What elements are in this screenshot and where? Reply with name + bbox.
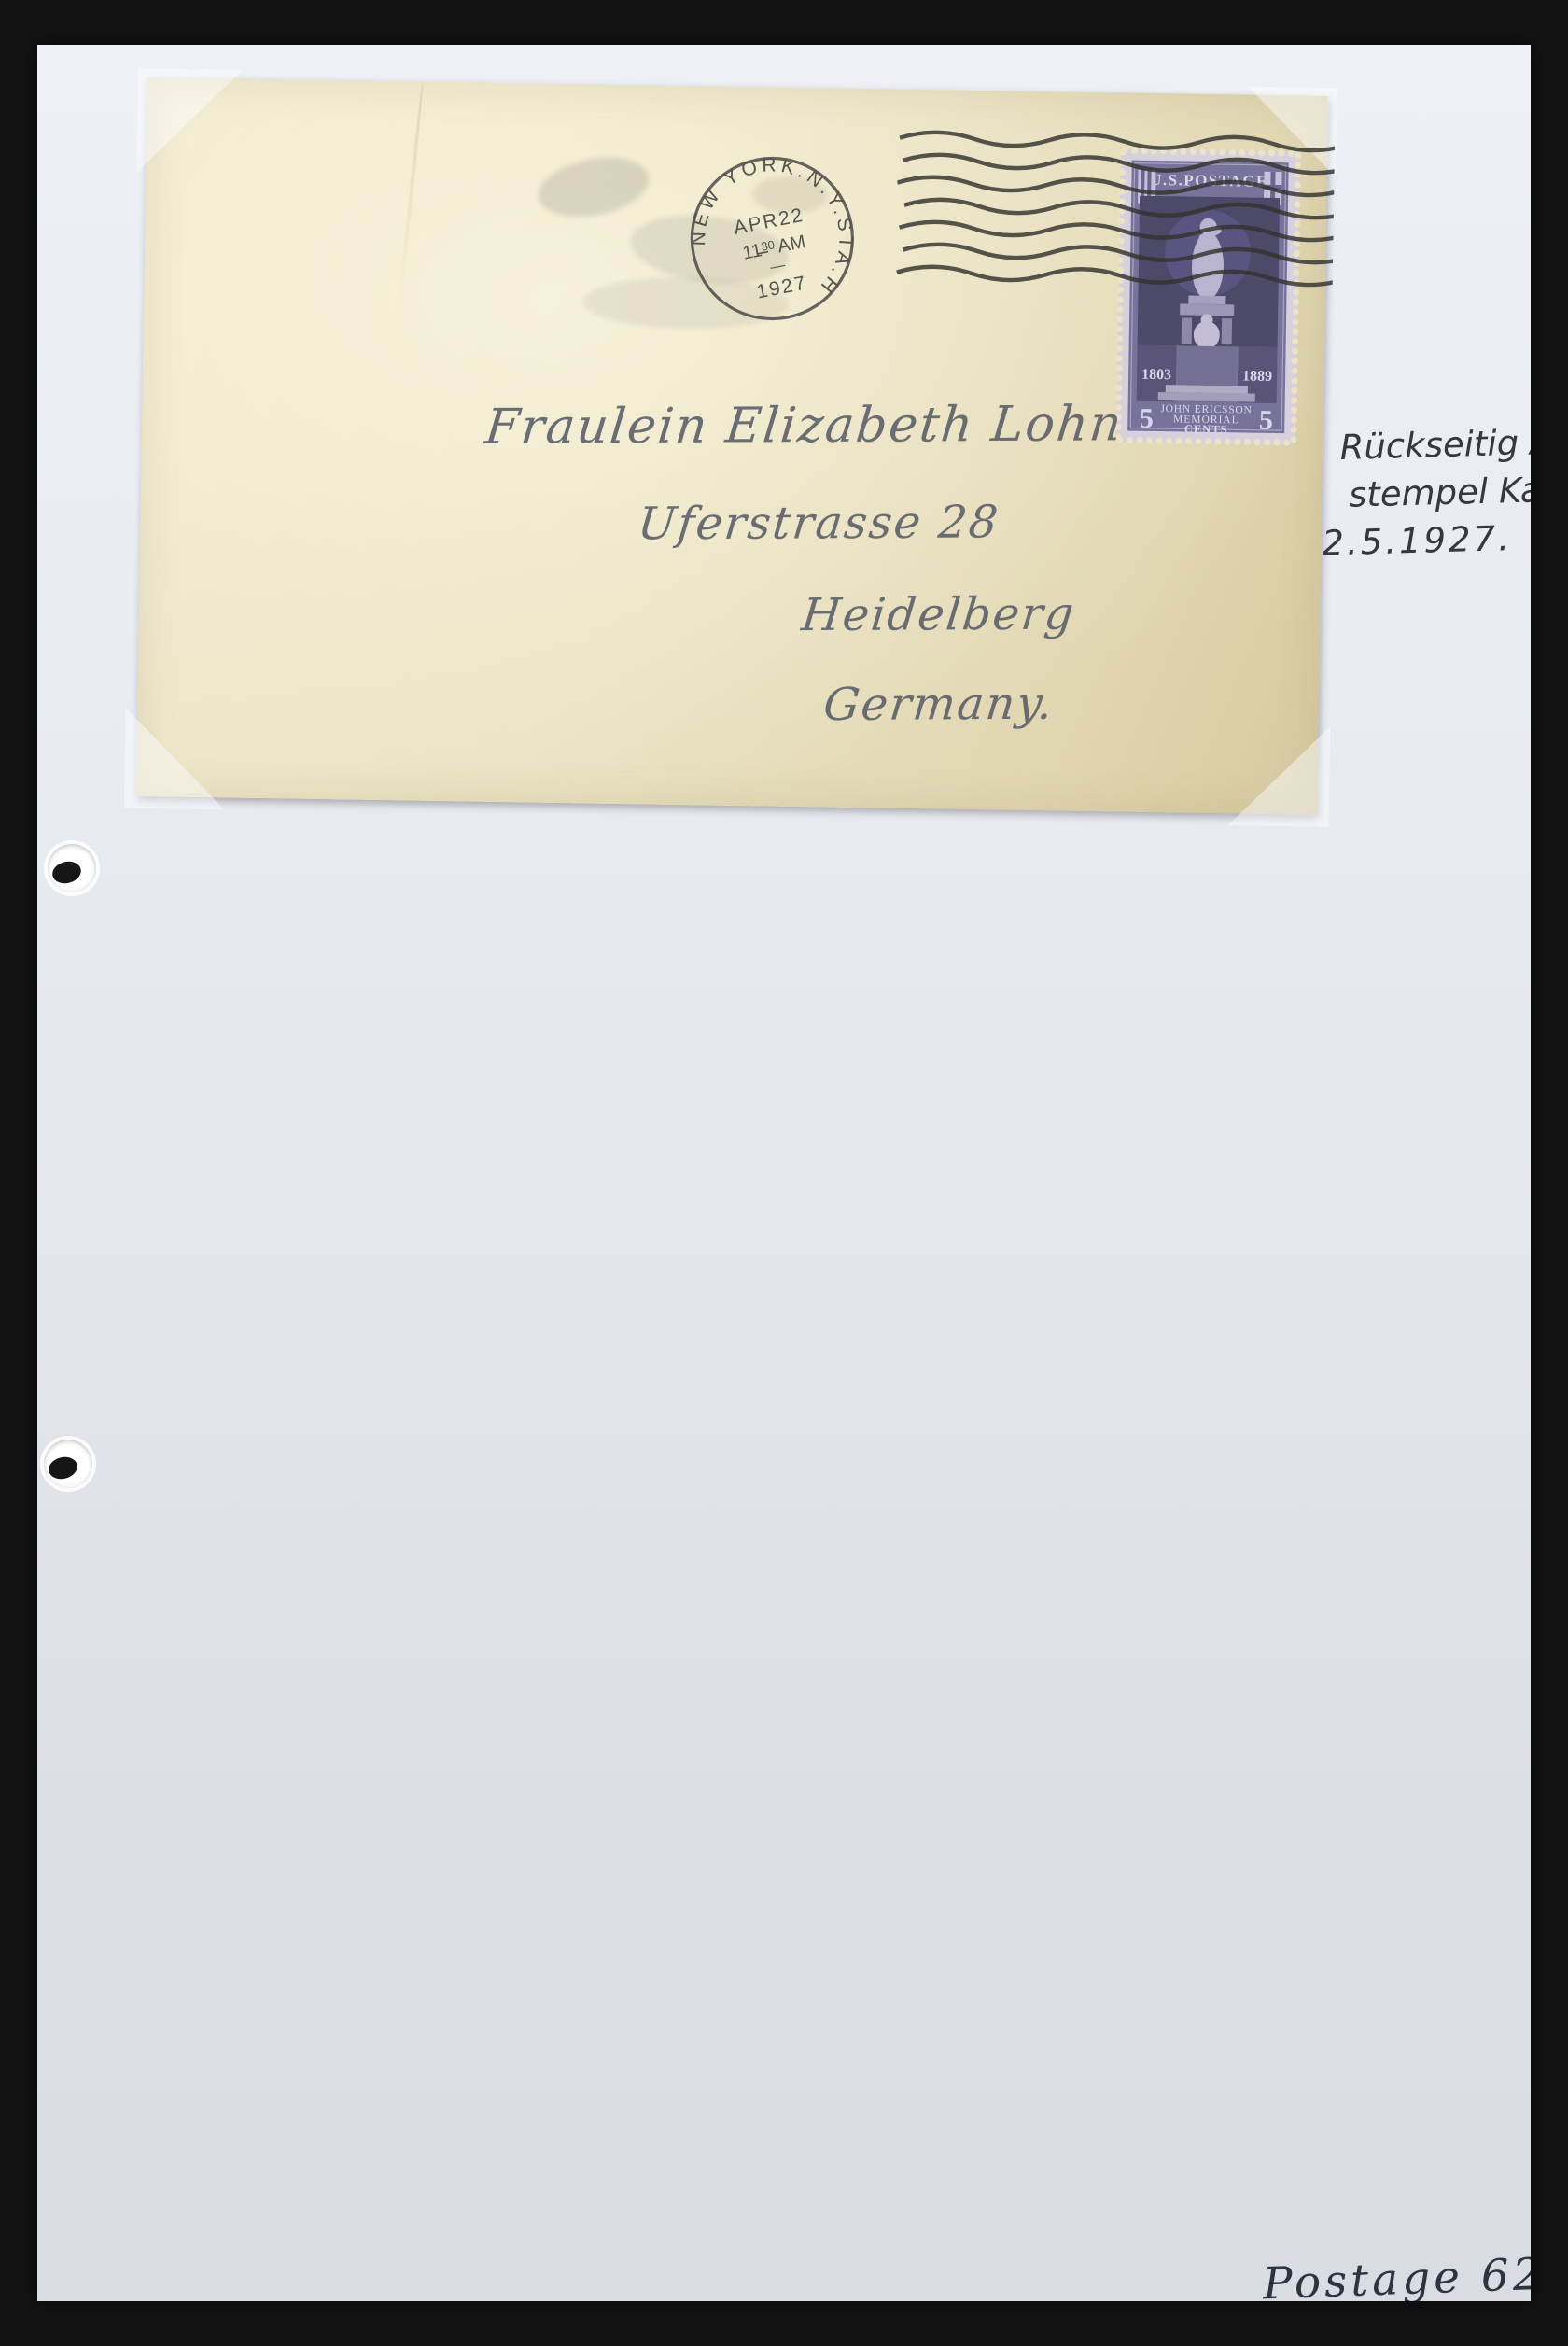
stamp-seated-figure — [1182, 314, 1233, 349]
postmark-circular-datestamp: NEW YORK.N.Y.STA.H APR22 1130AM — 1927 — [646, 113, 898, 365]
margin-note-line-3: 2.5.1927. — [1322, 512, 1531, 567]
margin-note: Rückseitig Au stempel Karls 2.5.1927. — [1339, 416, 1531, 567]
address-line-street: Uferstrasse 28 — [636, 496, 1002, 550]
address-line-recipient: Fraulein Elizabeth Lohn — [483, 396, 1126, 456]
punch-hole-top — [48, 844, 96, 892]
stamp-numeral-right: 5 — [1259, 405, 1274, 436]
envelope-cover: NEW YORK.N.Y.STA.H APR22 1130AM — 1927 U… — [136, 77, 1328, 815]
postage-total-note: Postage 62 8 — [1262, 2245, 1531, 2301]
ink-smudge — [534, 149, 654, 226]
address-line-city: Heidelberg — [799, 588, 1077, 642]
margin-note-line-2: stempel Karls — [1348, 464, 1531, 519]
album-page: NEW YORK.N.Y.STA.H APR22 1130AM — 1927 U… — [37, 45, 1531, 2301]
postmark-year: 1927 — [755, 272, 809, 302]
punch-hole-bottom-opening — [47, 1454, 80, 1482]
punch-hole-bottom — [44, 1440, 92, 1488]
stamp-year-left: 1803 — [1141, 367, 1171, 384]
postmark-dash: — — [769, 258, 787, 276]
margin-note-line-1: Rückseitig Au — [1339, 416, 1531, 471]
photo-corner-top-left — [136, 68, 243, 175]
photo-corner-bottom-left — [124, 708, 227, 810]
stamp-cents-word: CENTS — [1184, 422, 1228, 436]
address-line-country: Germany. — [821, 678, 1057, 731]
wavy-cancel-lines — [896, 127, 1336, 292]
stamp-year-right: 1889 — [1242, 368, 1272, 385]
envelope-crease — [397, 82, 425, 315]
stamp-numeral-left: 5 — [1140, 403, 1155, 434]
punch-hole-top-opening — [50, 859, 84, 887]
scan-photo: { "scene": { "background_color": "#13131… — [0, 0, 1568, 2346]
photo-corner-bottom-right — [1228, 724, 1331, 827]
